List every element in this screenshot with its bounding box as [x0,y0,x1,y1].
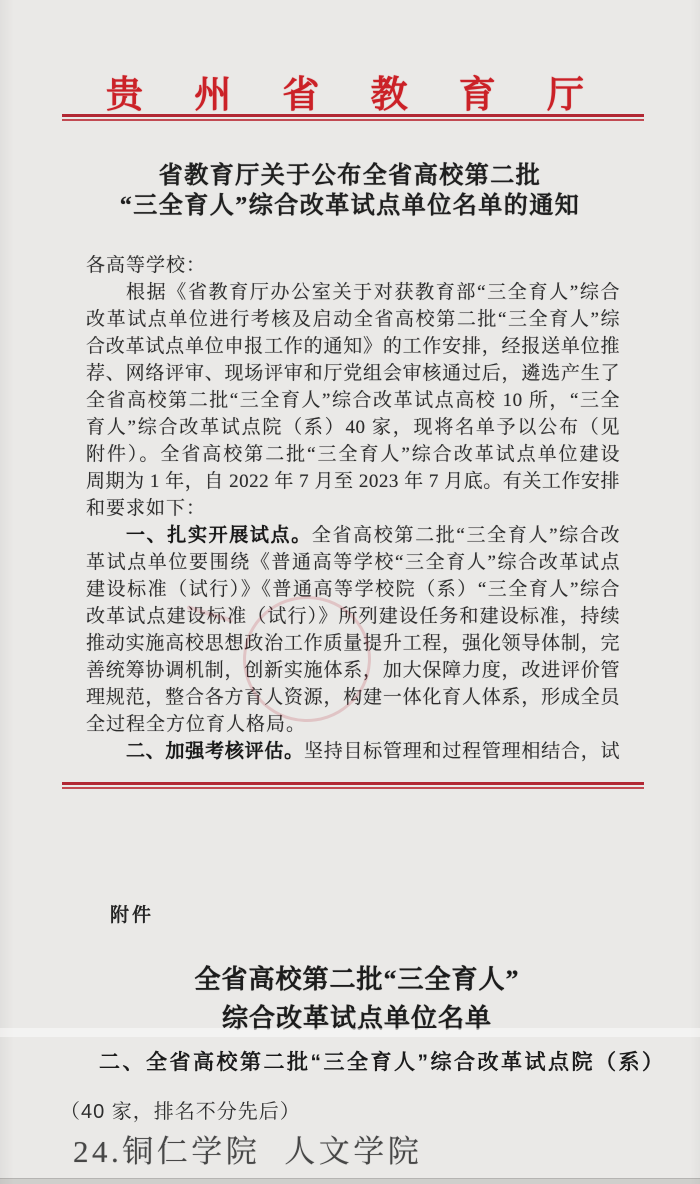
list-item-department: 人文学院 [284,1134,422,1169]
letterhead-char: 贵 [106,64,143,118]
section-heading: 二、全省高校第二批“三全育人”综合改革试点院（系） [99,1046,666,1076]
list-item: 24.铜仁学院人文学院 [73,1126,422,1171]
document-line: 一、扎实开展试点。全省高校第二批“三全育人”综合改 [86,522,620,549]
document-line: 各高等学校： [86,252,620,279]
document-line: 二、加强考核评估。坚持目标管理和过程管理相结合，试 [86,738,620,765]
attachment-label: 附件 [110,900,154,927]
document-line: 建设标准（试行）》《普通高等学校院（系）“三全育人”综合 [86,576,620,603]
document-line: 根据《省教育厅办公室关于对获教育部“三全育人”综合 [86,279,620,306]
document-line: 合改革试点单位申报工作的通知》的工作安排，经报送单位推 [86,333,620,360]
letterhead-char: 省 [282,64,319,118]
notice-title-line1: 省教育厅关于公布全省高校第二批 [0,161,700,191]
document-line: 革试点单位要围绕《普通高等学校“三全育人”综合改革试点 [86,549,620,576]
letterhead-char: 教 [371,64,408,118]
scanned-official-notice-page: 贵州省教育厅 省教育厅关于公布全省高校第二批 “三全育人”综合改革试点单位名单的… [0,0,700,1184]
notice-title-line2: “三全育人”综合改革试点单位名单的通知 [0,191,700,221]
letterhead-double-rule [62,114,644,121]
attachment-title: 全省高校第二批“三全育人” 综合改革试点单位名单 [14,960,700,1038]
document-line: 附件）。全省高校第二批“三全育人”综合改革试点单位建设 [86,441,620,468]
document-line: 改革试点单位进行考核及启动全省高校第二批“三全育人”综 [86,306,620,333]
letterhead-char: 育 [459,64,496,118]
paragraph-lead-bold: 二、加强考核评估。 [126,741,304,762]
paragraph-lead-bold: 一、扎实开展试点。 [126,525,312,546]
document-line: 全过程全方位育人格局。 [86,711,620,738]
screenshot-bottom-edge [0,1178,700,1184]
notice-title: 省教育厅关于公布全省高校第二批 “三全育人”综合改革试点单位名单的通知 [0,161,700,221]
document-line: 周期为 1 年，自 2022 年 7 月至 2023 年 7 月底。有关工作安排 [86,468,620,495]
list-item-college: 铜仁学院 [122,1134,260,1169]
document-line: 荐、网络评审、现场评审和厅党组会审核通过后，遴选产生了 [86,360,620,387]
list-item-number: 24. [73,1134,122,1169]
letterhead-char: 州 [194,64,231,118]
agency-letterhead: 贵州省教育厅 [106,64,584,108]
page-divider-double-rule [62,782,644,789]
letterhead-char: 厅 [547,64,584,118]
document-line: 育人”综合改革试点院（系）40 家，现将名单予以公布（见 [86,414,620,441]
screenshot-stitch-seam [0,1028,700,1037]
document-line: 全省高校第二批“三全育人”综合改革试点高校 10 所，“三全 [86,387,620,414]
document-line: 和要求如下： [86,495,620,522]
section-note: （40 家，排名不分先后） [60,1095,301,1124]
attachment-title-line1: 全省高校第二批“三全育人” [14,960,700,999]
